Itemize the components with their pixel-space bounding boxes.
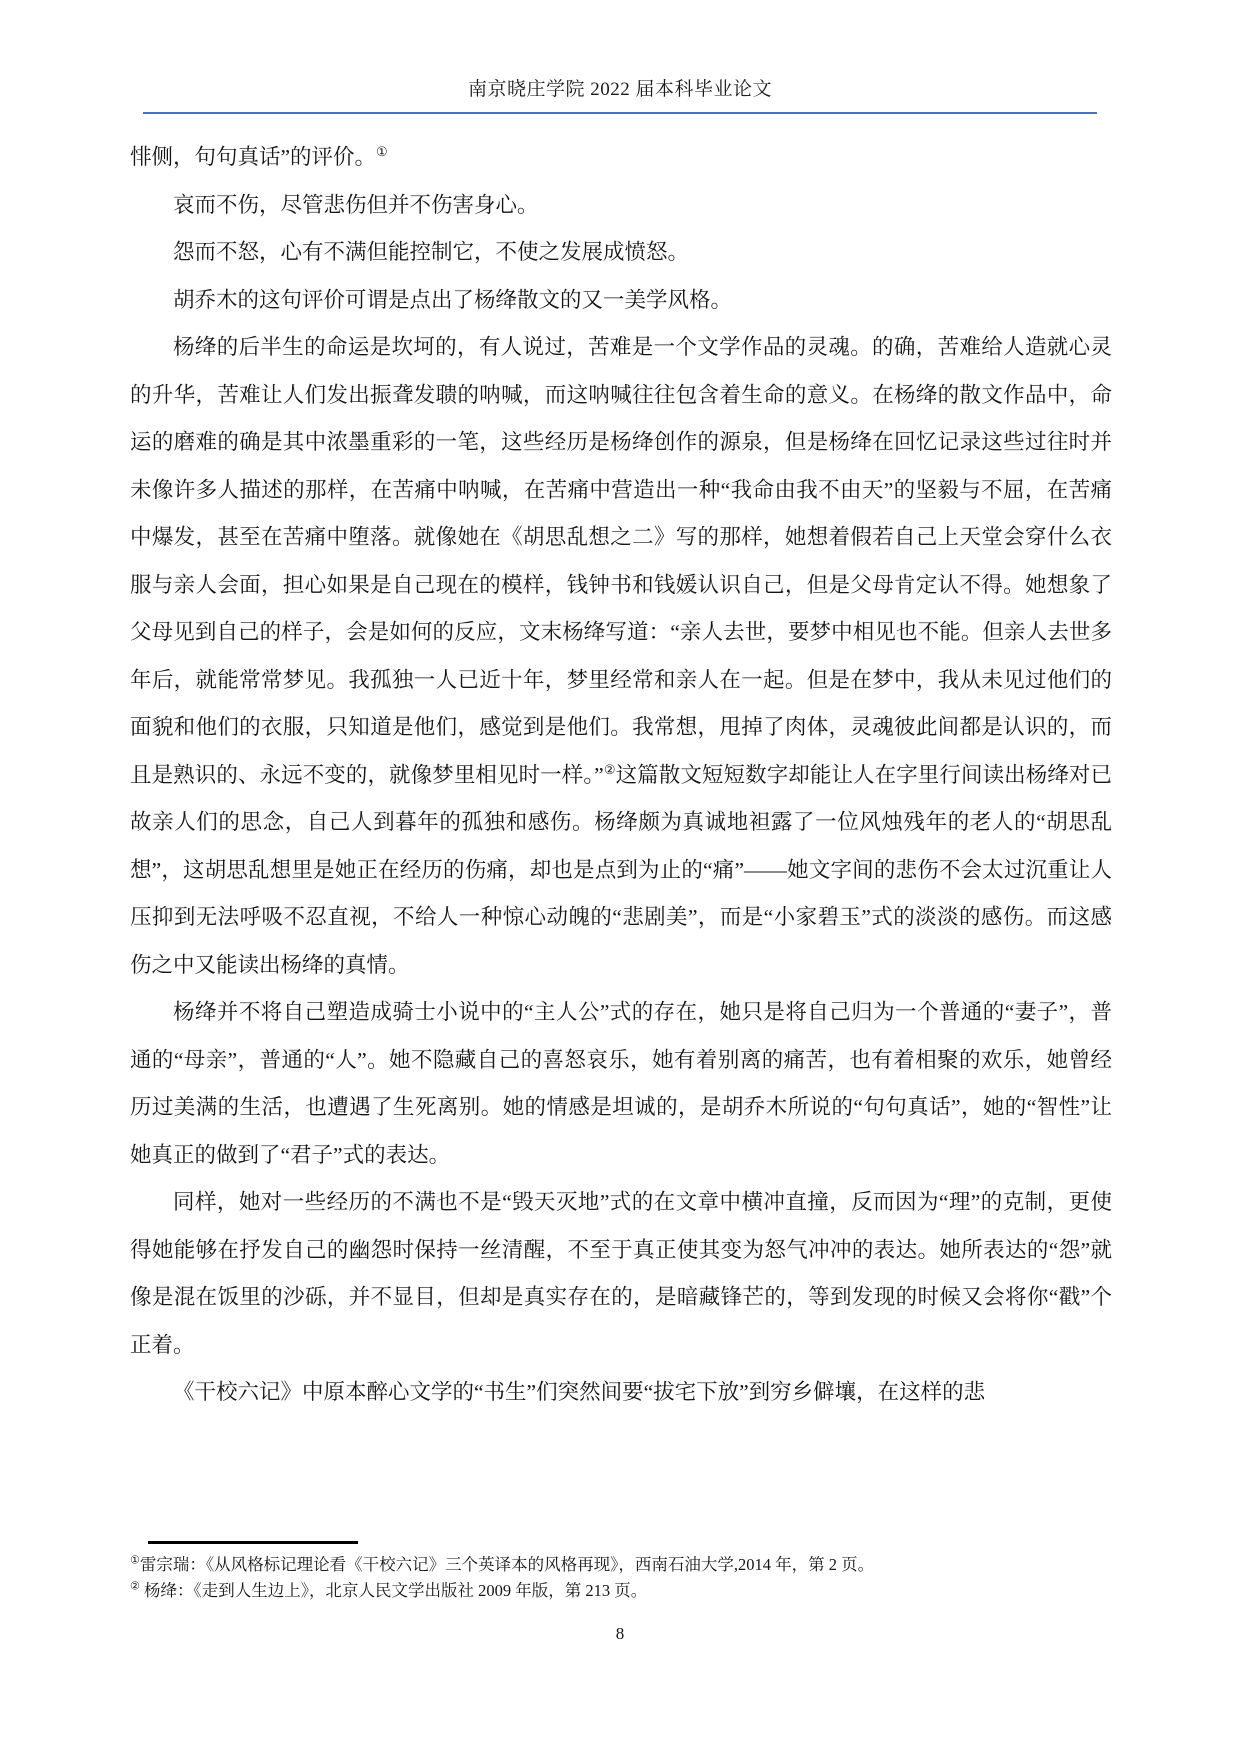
page-header-title: 南京晓庄学院 2022 届本科毕业论文	[0, 74, 1240, 101]
body-paragraph: 怨而不怒，心有不满但能控制它，不使之发展成愤怒。	[130, 229, 1112, 277]
footnote-marker: ①	[130, 1555, 140, 1567]
footnote-separator	[148, 1541, 358, 1544]
footnote-marker: ②	[130, 1581, 140, 1593]
body-text: 悱侧，句句真话”的评价。①哀而不伤，尽管悲伤但并不伤害身心。怨而不怒，心有不满但…	[130, 134, 1112, 1417]
footnote-ref-marker: ①	[376, 144, 388, 159]
header-rule	[143, 112, 1097, 114]
body-paragraph: 哀而不伤，尽管悲伤但并不伤害身心。	[130, 182, 1112, 230]
body-paragraph: 杨绛的后半生的命运是坎坷的，有人说过，苦难是一个文学作品的灵魂。的确，苦难给人造…	[130, 324, 1112, 989]
thesis-page: 南京晓庄学院 2022 届本科毕业论文 悱侧，句句真话”的评价。①哀而不伤，尽管…	[0, 0, 1240, 1754]
footnote-item: ①雷宗瑞：《从风格标记理论看《干校六记》三个英译本的风格再现》，西南石油大学,2…	[130, 1552, 1112, 1578]
page-number: 8	[0, 1624, 1240, 1644]
footnote-ref-marker: ②	[604, 761, 616, 776]
body-paragraph: 《干校六记》中原本醉心文学的“书生”们突然间要“拔宅下放”到穷乡僻壤，在这样的悲	[130, 1369, 1112, 1417]
body-paragraph: 同样，她对一些经历的不满也不是“毁天灭地”式的在文章中横冲直撞，反而因为“理”的…	[130, 1179, 1112, 1369]
footnote-item: ② 杨绛：《走到人生边上》，北京人民文学出版社 2009 年版，第 213 页。	[130, 1578, 1112, 1604]
body-paragraph: 悱侧，句句真话”的评价。①	[130, 134, 1112, 182]
body-paragraph: 杨绛并不将自己塑造成骑士小说中的“主人公”式的存在，她只是将自己归为一个普通的“…	[130, 989, 1112, 1179]
footnote-list: ①雷宗瑞：《从风格标记理论看《干校六记》三个英译本的风格再现》，西南石油大学,2…	[130, 1552, 1112, 1604]
body-paragraph: 胡乔木的这句评价可谓是点出了杨绛散文的又一美学风格。	[130, 277, 1112, 325]
